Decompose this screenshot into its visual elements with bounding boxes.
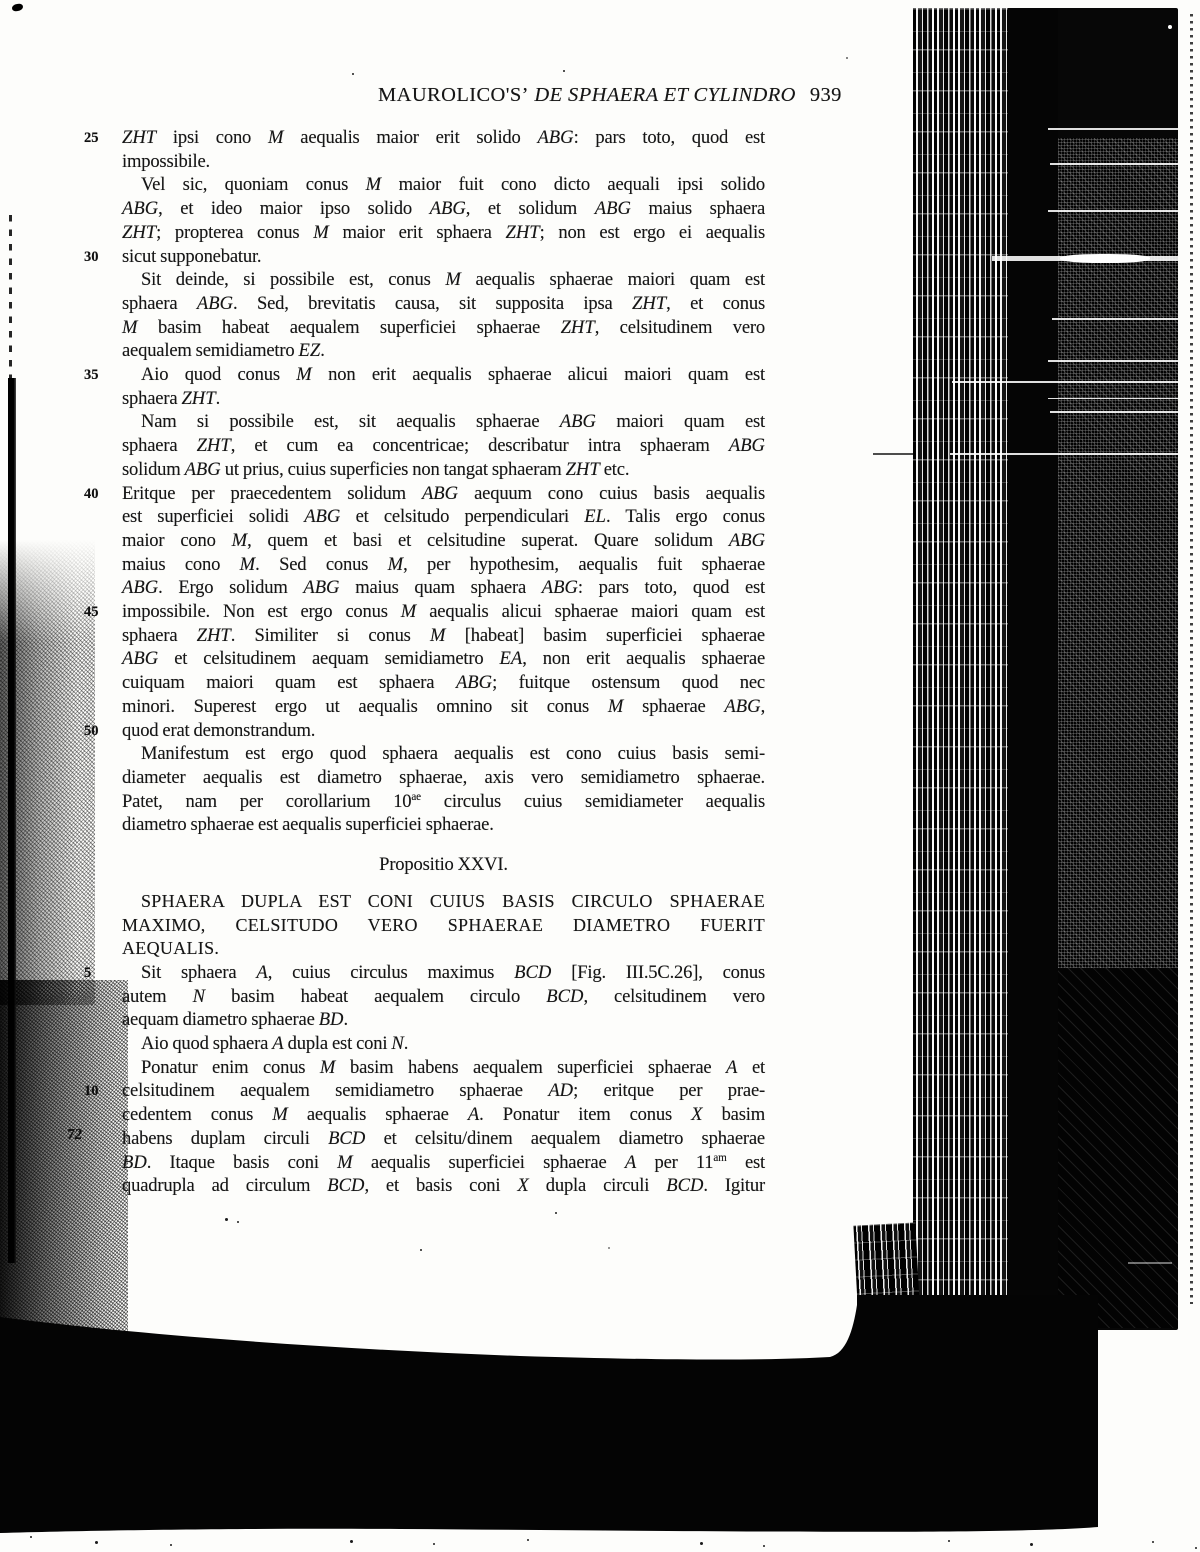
line-text: diameter aequalis est diametro sphaerae,… (122, 767, 765, 788)
text-line: 72habens duplam circuli BCD et celsitu/d… (122, 1127, 765, 1151)
left-margin-bar (8, 378, 16, 1263)
text-line: ABG. Ergo solidum ABG maius quam sphaera… (122, 576, 765, 600)
text-line: 45impossibile. Non est ergo conus M aequ… (122, 600, 765, 624)
text-line: maius cono M. Sed conus M, per hypothesi… (122, 553, 765, 577)
line-text: MAXIMO, CELSITUDO VERO SPHAERAE DIAMETRO… (122, 915, 765, 935)
scan-white-line (950, 453, 1178, 455)
line-text: BD. Itaque basis coni M aequalis superfi… (122, 1152, 765, 1173)
line-text: sicut supponebatur. (122, 246, 261, 267)
text-line: 10celsitudinem aequalem semidiametro sph… (122, 1079, 765, 1103)
line-text: Propositio XXVI. (379, 854, 508, 875)
text-line: Patet, nam per corollarium 10ae circulus… (122, 790, 765, 814)
right-scan-band (913, 8, 1178, 1330)
line-text: ABG, et ideo maior ipso solido ABG, et s… (122, 198, 765, 219)
running-header: MAUROLICO'S’ DE SPHAERA ET CYLINDRO939 (378, 84, 878, 107)
line-text: maius cono M. Sed conus M, per hypothesi… (122, 554, 765, 575)
text-line: Aio quod sphaera A dupla est coni N. (122, 1032, 765, 1056)
line-text: Manifestum est ergo quod sphaera aequali… (141, 743, 765, 764)
line-text: impossibile. Non est ergo conus M aequal… (122, 601, 765, 622)
scan-white-line (1048, 128, 1178, 130)
line-text: Aio quod sphaera A dupla est coni N. (141, 1033, 408, 1054)
scan-white-line (1048, 210, 1178, 212)
text-line: Ponatur enim conus M basim habens aequal… (122, 1056, 765, 1080)
corner-smudge (12, 3, 24, 11)
scan-white-line (1128, 1262, 1172, 1264)
scan-white-line (1048, 360, 1178, 362)
folio-number: 72 (66, 1124, 88, 1148)
text-line: 50quod erat demonstrandum. (122, 719, 765, 743)
page-number: 939 (810, 84, 842, 106)
line-text: ZHT ipsi cono M aequalis maior erit soli… (122, 127, 765, 148)
line-text: sphaera ZHT. (122, 388, 220, 409)
right-edge-dotted-line (1190, 14, 1193, 1304)
line-text: ABG. Ergo solidum ABG maius quam sphaera… (122, 577, 765, 598)
line-number: 50 (84, 720, 104, 744)
bottom-scan-black-band (0, 1295, 1200, 1540)
line-number: 10 (84, 1080, 104, 1104)
text-line: aequam diametro sphaerae BD. (122, 1008, 765, 1032)
line-text: Patet, nam per corollarium 10ae circulus… (122, 791, 765, 812)
text-line: 5Sit sphaera A, cuius circulus maximus B… (122, 961, 765, 985)
line-text: Sit sphaera A, cuius circulus maximus BC… (141, 962, 765, 983)
text-line: 40Eritque per praecedentem solidum ABG a… (122, 482, 765, 506)
book-title: DE SPHAERA ET CYLINDRO (534, 84, 795, 106)
text-line: impossibile. (122, 150, 765, 174)
text-line: minori. Superest ergo ut aequalis omnino… (122, 695, 765, 719)
line-text: aequam diametro sphaerae BD. (122, 1009, 348, 1030)
line-text: ZHT; propterea conus M maior erit sphaer… (122, 222, 765, 243)
scan-noise-column-lower (1058, 968, 1178, 1328)
text-line: Nam si possibile est, sit aequalis sphae… (122, 410, 765, 434)
scan-black-zone (1008, 8, 1058, 1330)
line-text: AEQUALIS. (122, 938, 219, 958)
line-text: celsitudinem aequalem semidiametro sphae… (122, 1080, 765, 1101)
running-header-author: MAUROLICO'S (378, 84, 522, 106)
line-number: 5 (84, 962, 104, 986)
line-text: autem N basim habeat aequalem circulo BC… (122, 986, 765, 1007)
line-text: diametro sphaerae est aequalis superfici… (122, 814, 494, 835)
scan-white-line (1050, 163, 1178, 165)
line-number: 40 (84, 483, 104, 507)
text-line: aequalem semidiametro EZ. (122, 339, 765, 363)
line-text: Ponatur enim conus M basim habens aequal… (141, 1057, 765, 1078)
text-line: sphaera ZHT. (122, 387, 765, 411)
line-text: quod erat demonstrandum. (122, 720, 315, 741)
text-line: autem N basim habeat aequalem circulo BC… (122, 985, 765, 1009)
scan-white-line (1050, 411, 1178, 413)
text-line: 30sicut supponebatur. (122, 245, 765, 269)
text-line: ABG, et ideo maior ipso solido ABG, et s… (122, 197, 765, 221)
line-number: 35 (84, 364, 104, 388)
text-line: maior cono M, quem et basi et celsitudin… (122, 529, 765, 553)
text-line: 25ZHT ipsi cono M aequalis maior erit so… (122, 126, 765, 150)
text-line: AEQUALIS. (122, 937, 765, 961)
line-number: 25 (84, 127, 104, 151)
proposition-heading: Propositio XXVI. (122, 853, 765, 877)
scanned-book-page: { "page": { "background": "#fdfdfb", "in… (0, 0, 1200, 1552)
line-text: Aio quod conus M non erit aequalis sphae… (141, 364, 765, 385)
line-text: habens duplam circuli BCD et celsitu/din… (122, 1128, 765, 1149)
text-line: cedentem conus M aequalis sphaerae A. Po… (122, 1103, 765, 1127)
text-line: BD. Itaque basis coni M aequalis superfi… (122, 1151, 765, 1175)
scan-white-dot (1168, 25, 1172, 29)
line-text: cuiquam maiori quam est sphaera ABG; fui… (122, 672, 765, 693)
line-number: 30 (84, 246, 104, 270)
text-line: MAXIMO, CELSITUDO VERO SPHAERAE DIAMETRO… (122, 914, 765, 938)
line-text: Nam si possibile est, sit aequalis sphae… (141, 411, 765, 432)
text-line: ABG et celsitudinem aequam semidiametro … (122, 647, 765, 671)
left-gutter-shadow-lower (0, 980, 128, 1335)
text-line: est superficiei solidi ABG et celsitudo … (122, 505, 765, 529)
line-text: cedentem conus M aequalis sphaerae A. Po… (122, 1104, 765, 1125)
text-line: SPHAERA DUPLA EST CONI CUIUS BASIS CIRCU… (122, 890, 765, 914)
left-margin-dashed-line (9, 215, 12, 378)
text-line: ZHT; propterea conus M maior erit sphaer… (122, 221, 765, 245)
text-line: Sit deinde, si possibile est, conus M ae… (122, 268, 765, 292)
text-line: diameter aequalis est diametro sphaerae,… (122, 766, 765, 790)
scan-white-line (1052, 318, 1178, 320)
text-line: solidum ABG ut prius, cuius superficies … (122, 458, 765, 482)
line-text: Vel sic, quoniam conus M maior fuit cono… (141, 174, 765, 195)
scan-white-blob (1060, 254, 1150, 263)
text-line: Vel sic, quoniam conus M maior fuit cono… (122, 173, 765, 197)
text-line: sphaera ZHT, et cum ea concentricae; des… (122, 434, 765, 458)
text-line: quadrupla ad circulum BCD, et basis coni… (122, 1174, 765, 1198)
scan-white-line (1048, 398, 1178, 399)
line-text: ABG et celsitudinem aequam semidiametro … (122, 648, 765, 669)
line-text: impossibile. (122, 151, 210, 172)
text-line: M basim habeat aequalem superficiei spha… (122, 316, 765, 340)
line-text: minori. Superest ergo ut aequalis omnino… (122, 696, 765, 717)
scan-scratch-line (873, 453, 915, 455)
line-text: Sit deinde, si possibile est, conus M ae… (141, 269, 765, 290)
line-text: M basim habeat aequalem superficiei spha… (122, 317, 765, 338)
line-text: quadrupla ad circulum BCD, et basis coni… (122, 1175, 765, 1196)
line-text: maior cono M, quem et basi et celsitudin… (122, 530, 765, 551)
line-text: sphaera ABG. Sed, brevitatis causa, sit … (122, 293, 765, 314)
line-text: aequalem semidiametro EZ. (122, 340, 325, 361)
line-text: sphaera ZHT, et cum ea concentricae; des… (122, 435, 765, 456)
line-text: SPHAERA DUPLA EST CONI CUIUS BASIS CIRCU… (141, 891, 765, 911)
text-line: Manifestum est ergo quod sphaera aequali… (122, 742, 765, 766)
text-body: 25ZHT ipsi cono M aequalis maior erit so… (122, 126, 765, 1198)
line-text: sphaera ZHT. Similiter si conus M [habea… (122, 625, 765, 646)
text-line: diametro sphaerae est aequalis superfici… (122, 813, 765, 837)
text-line: 35Aio quod conus M non erit aequalis sph… (122, 363, 765, 387)
page-edge-streaks (913, 8, 1008, 1330)
scan-white-line (952, 381, 1178, 383)
line-text: est superficiei solidi ABG et celsitudo … (122, 506, 765, 527)
line-text: solidum ABG ut prius, cuius superficies … (122, 459, 629, 480)
text-line: cuiquam maiori quam est sphaera ABG; fui… (122, 671, 765, 695)
text-line: sphaera ZHT. Similiter si conus M [habea… (122, 624, 765, 648)
line-text: Eritque per praecedentem solidum ABG aeq… (122, 483, 765, 504)
text-line: sphaera ABG. Sed, brevitatis causa, sit … (122, 292, 765, 316)
line-number: 45 (84, 601, 104, 625)
